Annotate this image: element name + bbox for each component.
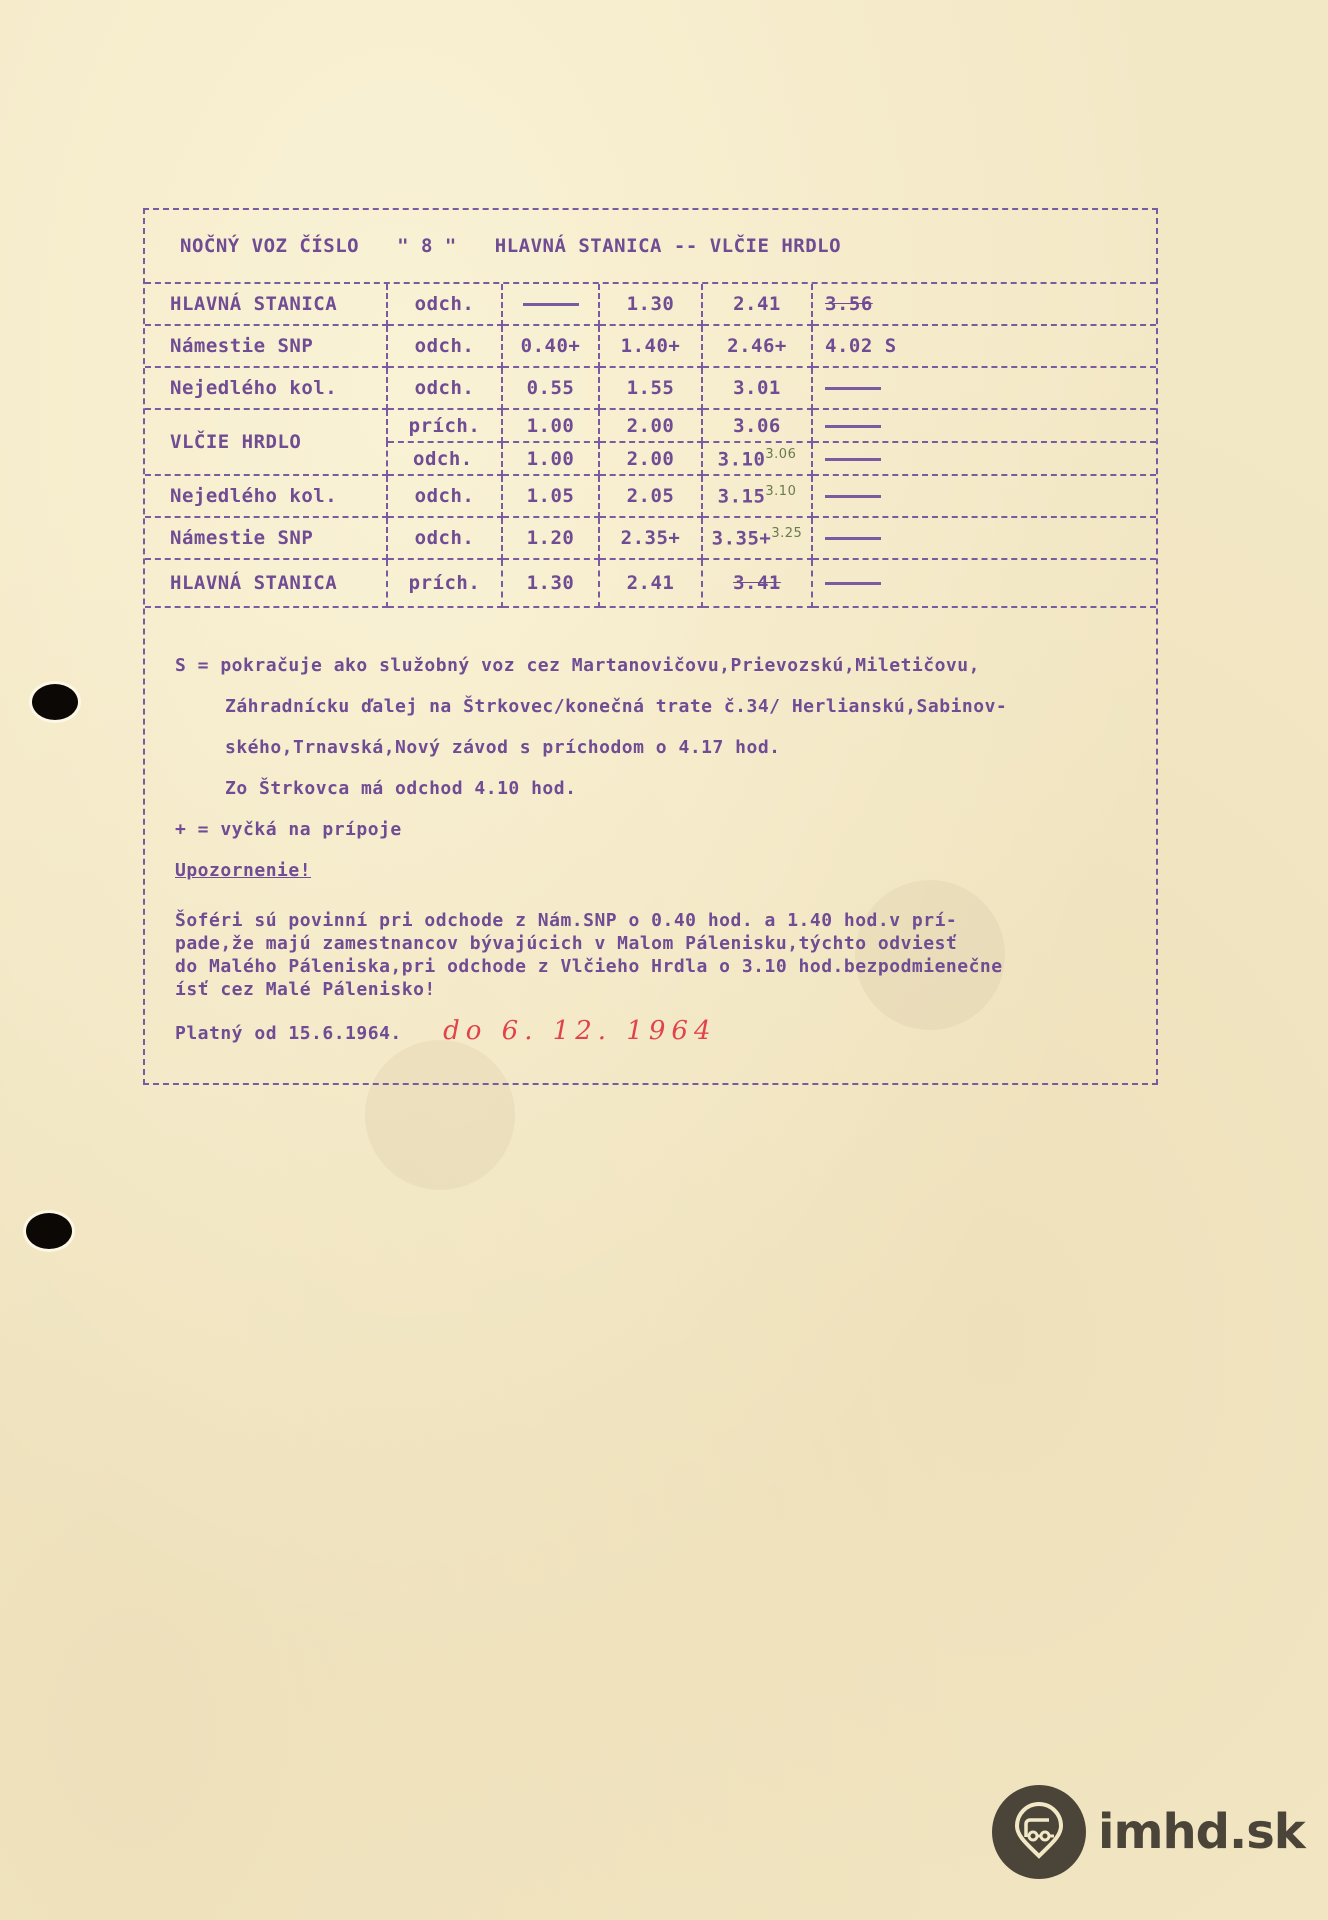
time-cell: 1.00: [502, 409, 599, 442]
stop-type: odch.: [387, 325, 502, 367]
note-s-line: Záhradnícku ďalej na Štrkovec/konečná tr…: [175, 686, 1136, 727]
stop-type: prích.: [387, 409, 502, 442]
time-cell: 1.20: [502, 517, 599, 559]
stop-name: VLČIE HRDLO: [145, 409, 387, 475]
table-row: Nejedlého kol. odch. 1.05 2.05 3.153.10: [145, 475, 1156, 517]
time-cell-struck: 3.56: [812, 284, 1156, 325]
time-cell: 1.00: [502, 442, 599, 475]
time-cell-empty: [812, 442, 1156, 475]
time-cell: 2.46+: [702, 325, 812, 367]
stop-name: HLAVNÁ STANICA: [145, 559, 387, 607]
table-row: Nejedlého kol. odch. 0.55 1.55 3.01: [145, 367, 1156, 409]
timetable-document: NOČNÝ VOZ ČÍSLO " 8 " HLAVNÁ STANICA -- …: [143, 208, 1158, 1085]
note-s-line: Zo Štrkovca má odchod 4.10 hod.: [175, 768, 1136, 809]
stop-name: Nejedlého kol.: [145, 475, 387, 517]
pen-correction: 3.06: [765, 447, 796, 462]
vehicle-label: NOČNÝ VOZ ČÍSLO: [180, 235, 359, 257]
note-s-line: S = pokračuje ako služobný voz cez Marta…: [175, 645, 1136, 686]
time-cell: 4.02 S: [812, 325, 1156, 367]
time-cell-empty: [502, 284, 599, 325]
punch-hole-top: [32, 684, 78, 720]
route-name: HLAVNÁ STANICA -- VLČIE HRDLO: [495, 235, 841, 257]
warning-text: Šoféri sú povinní pri odchode z Nám.SNP …: [175, 909, 1136, 1001]
vehicle-number: " 8 ": [397, 235, 457, 257]
time-cell-empty: [812, 367, 1156, 409]
validity: Platný od 15.6.1964. do 6. 12. 1964: [175, 1011, 1136, 1054]
time-cell: 3.35+3.25: [702, 517, 812, 559]
time-cell: 0.40+: [502, 325, 599, 367]
pen-correction: 3.25: [771, 526, 802, 541]
punch-hole-bottom: [26, 1213, 72, 1249]
time-cell-empty: [812, 559, 1156, 607]
stop-name: Námestie SNP: [145, 325, 387, 367]
time-cell: 1.30: [599, 284, 702, 325]
stop-type: odch.: [387, 442, 502, 475]
time-cell: 3.06: [702, 409, 812, 442]
table-row: Námestie SNP odch. 0.40+ 1.40+ 2.46+ 4.0…: [145, 325, 1156, 367]
time-cell-struck: 3.41: [702, 559, 812, 607]
table-row: HLAVNÁ STANICA prích. 1.30 2.41 3.41: [145, 559, 1156, 607]
time-cell: 2.35+: [599, 517, 702, 559]
warning-title: Upozornenie!: [175, 850, 1136, 891]
stop-type: prích.: [387, 559, 502, 607]
table-row: VLČIE HRDLO prích. 1.00 2.00 3.06: [145, 409, 1156, 442]
pen-correction: 3.10: [765, 484, 796, 499]
stop-name: Námestie SNP: [145, 517, 387, 559]
timetable: HLAVNÁ STANICA odch. 1.30 2.41 3.56 Náme…: [145, 284, 1156, 608]
table-row: HLAVNÁ STANICA odch. 1.30 2.41 3.56: [145, 284, 1156, 325]
time-cell: 3.103.06: [702, 442, 812, 475]
document-title: NOČNÝ VOZ ČÍSLO " 8 " HLAVNÁ STANICA -- …: [145, 210, 1156, 284]
time-cell: 1.55: [599, 367, 702, 409]
logo-text: imhd.sk: [1098, 1804, 1305, 1860]
time-cell: 1.40+: [599, 325, 702, 367]
time-cell: 1.30: [502, 559, 599, 607]
time-cell: 2.00: [599, 409, 702, 442]
time-cell: 2.41: [599, 559, 702, 607]
valid-from: Platný od 15.6.1964.: [175, 1023, 402, 1044]
table-row: Námestie SNP odch. 1.20 2.35+ 3.35+3.25: [145, 517, 1156, 559]
time-cell: 2.00: [599, 442, 702, 475]
stop-type: odch.: [387, 475, 502, 517]
time-cell: 3.153.10: [702, 475, 812, 517]
stop-name: HLAVNÁ STANICA: [145, 284, 387, 325]
time-cell-empty: [812, 517, 1156, 559]
time-cell: 0.55: [502, 367, 599, 409]
stop-type: odch.: [387, 367, 502, 409]
stop-type: odch.: [387, 517, 502, 559]
bus-pin-icon: [992, 1785, 1086, 1879]
time-cell-empty: [812, 409, 1156, 442]
time-cell: 2.05: [599, 475, 702, 517]
notes-section: S = pokračuje ako služobný voz cez Marta…: [175, 645, 1136, 1054]
note-s-line: ského,Trnavská,Nový závod s príchodom o …: [175, 727, 1136, 768]
time-cell: 1.05: [502, 475, 599, 517]
time-cell-empty: [812, 475, 1156, 517]
time-cell: 2.41: [702, 284, 812, 325]
note-plus-legend: + = vyčká na prípoje: [175, 809, 1136, 850]
stop-name: Nejedlého kol.: [145, 367, 387, 409]
stop-type: odch.: [387, 284, 502, 325]
time-cell: 3.01: [702, 367, 812, 409]
valid-to-handwritten: do 6. 12. 1964: [443, 1016, 716, 1046]
imhd-logo: imhd.sk: [992, 1785, 1305, 1879]
